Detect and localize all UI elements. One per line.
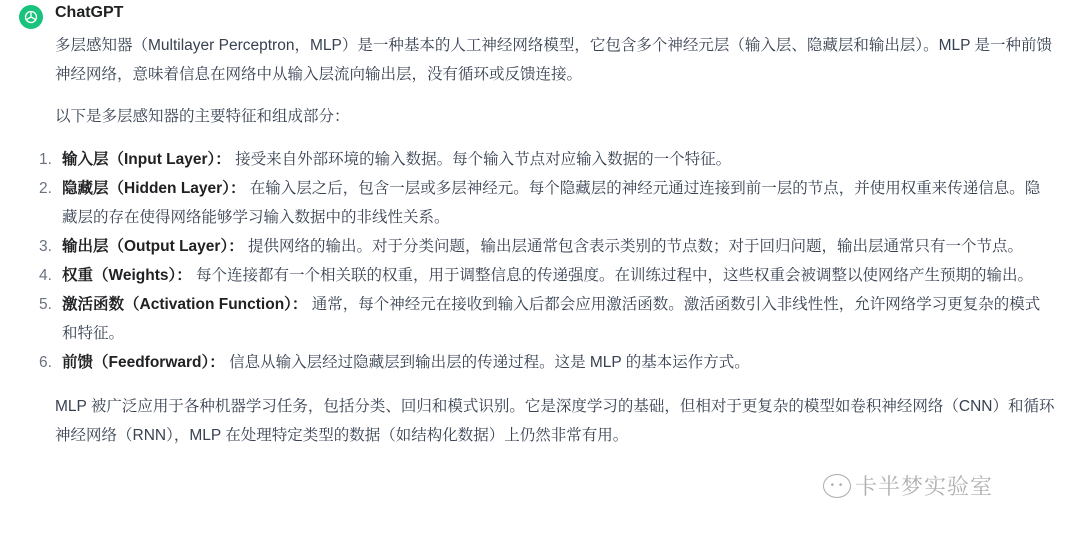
list-item: 3.输出层（Output Layer）： 提供网络的输出。对于分类问题，输出层通… <box>55 232 1055 261</box>
list-item: 2.隐藏层（Hidden Layer）： 在输入层之后，包含一层或多层神经元。每… <box>55 174 1055 232</box>
intro-paragraph: 多层感知器（Multilayer Perceptron，MLP）是一种基本的人工… <box>55 31 1055 89</box>
watermark: • • 卡半梦实验室 <box>823 470 993 501</box>
wechat-icon: • • <box>823 474 851 498</box>
watermark-text: 卡半梦实验室 <box>855 470 993 501</box>
list-item: 4.权重（Weights）： 每个连接都有一个相关联的权重，用于调整信息的传递强… <box>55 261 1055 290</box>
list-item: 5.激活函数（Activation Function）： 通常，每个神经元在接收… <box>55 290 1055 348</box>
author-name: ChatGPT <box>55 4 123 22</box>
openai-logo-icon <box>23 9 39 25</box>
message-content: 多层感知器（Multilayer Perceptron，MLP）是一种基本的人工… <box>55 31 1055 450</box>
conclusion-paragraph: MLP 被广泛应用于各种机器学习任务，包括分类、回归和模式识别。它是深度学习的基… <box>55 392 1055 450</box>
avatar <box>19 5 43 29</box>
list-item: 1.输入层（Input Layer）： 接受来自外部环境的输入数据。每个输入节点… <box>55 145 1055 174</box>
feature-list: 1.输入层（Input Layer）： 接受来自外部环境的输入数据。每个输入节点… <box>55 145 1055 377</box>
list-item: 6.前馈（Feedforward）： 信息从输入层经过隐藏层到输出层的传递过程。… <box>55 348 1055 377</box>
lead-paragraph: 以下是多层感知器的主要特征和组成部分： <box>55 102 1055 131</box>
